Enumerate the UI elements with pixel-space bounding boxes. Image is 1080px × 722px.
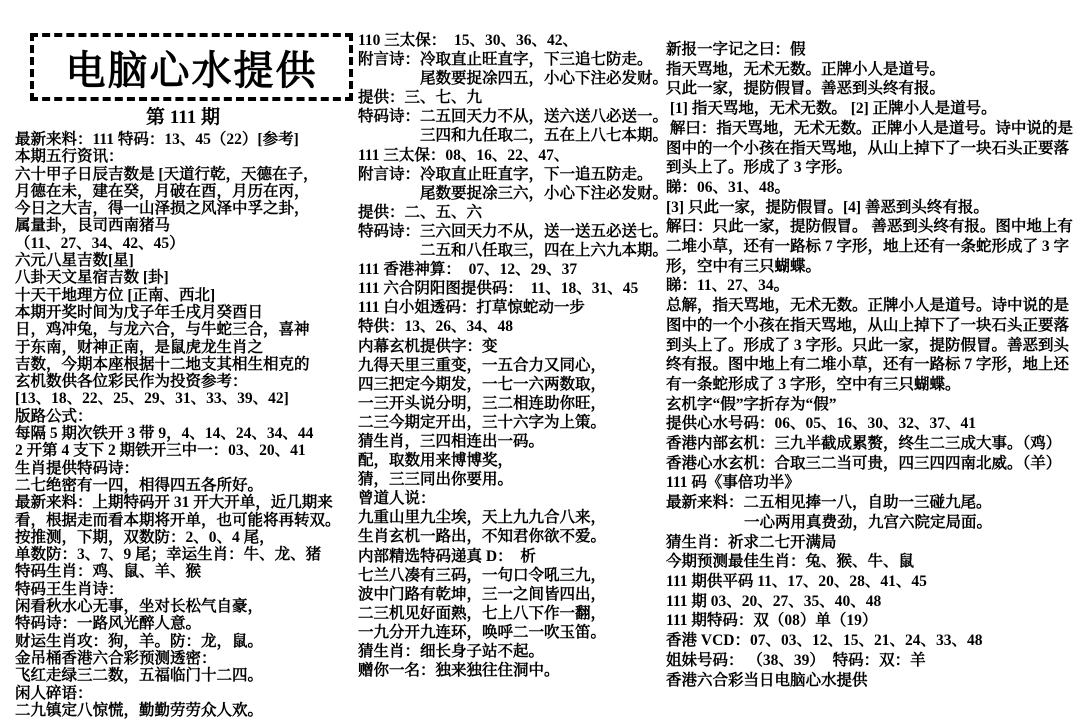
text-line: 看，根据走而看本期将开单，也可能将再转双。 <box>15 512 355 529</box>
text-line: 二五和八任取三，四在上六九本期。 <box>358 241 664 260</box>
text-line: 附言诗：冷取直止旺直字，下三追七防走。 <box>358 50 664 69</box>
text-line: 2 开第 4 支下 2 期铁开三中一：03、20、41 <box>15 442 355 459</box>
text-line: 睇：06、31、48。 <box>666 178 1078 198</box>
text-line: 生肖玄机一路出，不知君你欲不爱。 <box>358 527 664 546</box>
text-line: 特码生肖：鸡、鼠、羊、猴 <box>15 563 355 580</box>
text-line: 闲看秋水心无事，坐对长松气自豪， <box>15 598 355 615</box>
text-line: 吉数，今期本座根据十二地支其相生相克的 <box>15 356 355 373</box>
text-line: 金吊桶香港六合彩预测透密： <box>15 650 355 667</box>
text-line: 猜生肖：祈求二七开满局 <box>666 533 1078 553</box>
text-line: 二九镇定八惊慌，勤勤劳劳众人欢。 <box>15 702 355 719</box>
text-line: 九重山里九尘埃，天上九九合八来， <box>358 508 664 527</box>
text-line: 只此一家，提防假冒。善恶到头终有报。 <box>666 79 1078 99</box>
text-line: 十天干地理方位 [正南、西北] <box>15 287 355 304</box>
text-line: 香港心水玄机：合取三二当可贵，四三四四南北威。（羊） <box>666 454 1078 474</box>
text-line: 版路公式： <box>15 408 355 425</box>
text-line: 内幕玄机提供字：变 <box>358 337 664 356</box>
text-line: 六十甲子日辰吉数是 [天道行乾，天德在子， <box>15 166 355 183</box>
text-line: 波中门路有乾坤，三一之间皆四出， <box>358 585 664 604</box>
text-line: 二堆小草，还有一路标 7 字形，地上还有一条蛇形成了 3 字 <box>666 237 1078 257</box>
text-line: 今日之大吉，得一山泽损之风泽中孚之卦， <box>15 200 355 217</box>
text-line: 有一条蛇形成了 3 字形，空中有三只蝴蝶。 <box>666 375 1078 395</box>
text-line: 一心两用真费劲，九宫六院定局面。 <box>666 513 1078 533</box>
text-line: 二三今期定开出，三十六字为上策。 <box>358 413 664 432</box>
text-line: 提供：三、七、九 <box>358 88 664 107</box>
text-line: （11、27、34、42、45） <box>15 235 355 252</box>
text-line: 三四和九任取二，五在上八七本期。 <box>358 126 664 145</box>
text-line: 特码诗：一路风光醉人意。 <box>15 615 355 632</box>
text-line: 曾道人说： <box>358 489 664 508</box>
text-line: 姐妹号码： （38、39） 特码：双：羊 <box>666 651 1078 671</box>
text-line: 睇：11、27、34。 <box>666 276 1078 296</box>
right-column-lines: 新报一字记之曰：假指天骂地，无术无数。正牌小人是道号。只此一家，提防假冒。善恶到… <box>666 40 1078 690</box>
text-line: [3] 只此一家，提防假冒。[4] 善恶到头终有报。 <box>666 198 1078 218</box>
lottery-tip-sheet: 电脑心水提供 第 111 期 最新来料：111 特码：13、45（22）[参考]… <box>0 0 1080 722</box>
text-line: 特码王生肖诗： <box>15 581 355 598</box>
text-line: 指天骂地，无术无数。正牌小人是道号。 <box>666 60 1078 80</box>
text-line: [1] 指天骂地，无术无数。 [2] 正牌小人是道号。 <box>666 99 1078 119</box>
text-line: 111 白小姐透码：打草惊蛇动一步 <box>358 298 664 317</box>
text-line: 玄机数供各位彩民作为投资参考： <box>15 373 355 390</box>
text-line: 111 码《事倍功半》 <box>666 473 1078 493</box>
text-line: 提供：二、五、六 <box>358 203 664 222</box>
text-line: 四三把定今期发，一七一六两数取， <box>358 375 664 394</box>
text-line: 七兰八凑有三码，一句口令吼三九， <box>358 566 664 585</box>
text-line: 到头上了。形成了 3 字形。只此一家，提防假冒。善恶到头 <box>666 336 1078 356</box>
text-line: 尾数要捉凃三六，小心下注必发财。 <box>358 184 664 203</box>
left-column-lines: 最新来料：111 特码：13、45（22）[参考]本期五行资讯：六十甲子日辰吉数… <box>15 131 355 719</box>
text-line: 111 期 03、20、27、35、40、48 <box>666 592 1078 612</box>
text-line: 二三机见好面熟，七上八下作一翻， <box>358 604 664 623</box>
text-line: 六元八星吉数[星] <box>15 252 355 269</box>
text-line: 香港内部玄机：三九半截成累赘，终生二三成大事。（鸡） <box>666 434 1078 454</box>
text-line: 闲人碎语： <box>15 685 355 702</box>
text-line: 财运生肖攻：狗，羊。防：龙，鼠。 <box>15 633 355 650</box>
text-line: 总解，指天骂地，无术无数。正牌小人是道号。诗中说的是 <box>666 296 1078 316</box>
middle-column: 110 三太保： 15、30、36、42、附言诗：冷取直止旺直字，下三追七防走。… <box>358 31 664 680</box>
text-line: 今期预测最佳生肖：兔、猴、牛、鼠 <box>666 552 1078 572</box>
text-line: 111 期供平码 11、17、20、28、41、45 <box>666 572 1078 592</box>
text-line: 尾数要捉凃四五，小心下注必发财。 <box>358 69 664 88</box>
text-line: 特码诗：三六回天力不从，送一送五必送七。 <box>358 222 664 241</box>
text-line: 图中的一个小孩在指天骂地，从山上掉下了一块石头正要落 <box>666 316 1078 336</box>
text-line: 属量卦，艮司西南猪马 <box>15 217 355 234</box>
page-title: 电脑心水提供 <box>66 39 318 96</box>
text-line: 猜生肖，三四相连出一码。 <box>358 432 664 451</box>
text-line: 猜，三三同出你要用。 <box>358 470 664 489</box>
text-line: 九得天里三重变，一五合力又同心， <box>358 356 664 375</box>
text-line: 图中的一个小孩在指天骂地，从山上掉下了一块石头正要落 <box>666 139 1078 159</box>
text-line: 二七绝密有一四，相得四五各所好。 <box>15 477 355 494</box>
text-line: 新报一字记之曰：假 <box>666 40 1078 60</box>
text-line: 配，取数用来博博奖， <box>358 451 664 470</box>
text-line: 111 六合阴阳图提供码： 11、18、31、45 <box>358 279 664 298</box>
text-line: [13、18、22、25、29、31、33、39、42] <box>15 390 355 407</box>
text-line: 飞红走绿三二数，五福临门十二四。 <box>15 667 355 684</box>
text-line: 到头上了。形成了 3 字形。 <box>666 158 1078 178</box>
text-line: 形，空中有三只蝴蝶。 <box>666 257 1078 277</box>
right-column: 新报一字记之曰：假指天骂地，无术无数。正牌小人是道号。只此一家，提防假冒。善恶到… <box>666 40 1078 690</box>
text-line: 提供心水号码：06、05、16、30、32、37、41 <box>666 414 1078 434</box>
text-line: 111 期特码：双（08）单（19） <box>666 611 1078 631</box>
text-line: 单数防：3、7、9 尾；幸运生肖：牛、龙、猪 <box>15 546 355 563</box>
text-line: 解曰：指天骂地，无术无数。正牌小人是道号。诗中说的是 <box>666 119 1078 139</box>
text-line: 最新来料：上期特码开 31 开大开单，近几期来 <box>15 494 355 511</box>
text-line: 本期开奖时间为戊子年壬戌月癸酉日 <box>15 304 355 321</box>
text-line: 八卦天文星宿吉数 [卦] <box>15 269 355 286</box>
text-line: 本期五行资讯： <box>15 148 355 165</box>
text-line: 110 三太保： 15、30、36、42、 <box>358 31 664 50</box>
text-line: 玄机字“假”字折存为“假” <box>666 395 1078 415</box>
middle-column-lines: 110 三太保： 15、30、36、42、附言诗：冷取直止旺直字，下三追七防走。… <box>358 31 664 680</box>
text-line: 香港六合彩当日电脑心水提供 <box>666 671 1078 691</box>
text-line: 生肖提供特码诗： <box>15 460 355 477</box>
text-line: 特供：13、26、34、48 <box>358 317 664 336</box>
text-line: 111 香港神算： 07、12、29、37 <box>358 260 664 279</box>
left-column: 第 111 期 最新来料：111 特码：13、45（22）[参考]本期五行资讯：… <box>15 105 355 719</box>
text-line: 内部精选特码递真 D： 析 <box>358 547 664 566</box>
text-line: 香港 VCD：07、03、12、15、21、24、33、48 <box>666 631 1078 651</box>
text-line: 最新来料：111 特码：13、45（22）[参考] <box>15 131 355 148</box>
text-line: 特码诗：二五回天力不从，送六送八必送一。 <box>358 107 664 126</box>
text-line: 日，鸡冲兔，与龙六合，与牛蛇三合，喜神 <box>15 321 355 338</box>
text-line: 111 三太保：08、16、22、47、 <box>358 146 664 165</box>
text-line: 每隔 5 期次铁开 3 带 9，4、14、24、34、44 <box>15 425 355 442</box>
text-line: 终有报。图中地上有二堆小草，还有一路标 7 字形，地上还 <box>666 355 1078 375</box>
masthead: 电脑心水提供 <box>30 33 353 101</box>
text-line: 于东南，财神正南，是鼠虎龙生肖之 <box>15 339 355 356</box>
text-line: 月德在未，建在癸，月破在酉，月历在丙， <box>15 183 355 200</box>
text-line: 解曰：只此一家，提防假冒。 善恶到头终有报。图中地上有 <box>666 217 1078 237</box>
text-line: 一九分开九连环，唤呼二一吹玉笛。 <box>358 623 664 642</box>
text-line: 一三开头说分明，三二相连助你旺， <box>358 394 664 413</box>
text-line: 最新来料：二五相见捧一八，自助一三碰九尾。 <box>666 493 1078 513</box>
text-line: 赠你一名：独来独往住洞中。 <box>358 661 664 680</box>
text-line: 按推测，下期，双数防：2、0、4 尾， <box>15 529 355 546</box>
text-line: 猜生肖：细长身子站不起。 <box>358 642 664 661</box>
text-line: 附言诗：冷取直止旺直字，下一追五防走。 <box>358 165 664 184</box>
issue-heading: 第 111 期 <box>15 105 351 131</box>
